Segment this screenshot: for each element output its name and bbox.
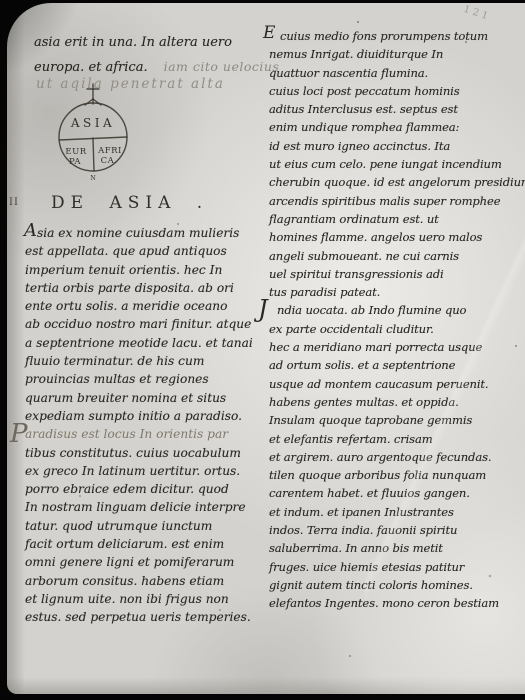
manuscript-line: arborum consitus. habens etiam [25,572,262,590]
manuscript-line: cherubin quoque. id est angelorum presid… [269,173,525,191]
initial-letter-i-longa: J [258,295,268,323]
manuscript-line: hec a meridiano mari porrecta usque [269,338,525,356]
manuscript-line: ab occiduo nostro mari finitur. atque [25,315,262,333]
manuscript-line: flagrantiam ordinatum est. ut [269,210,525,228]
photo-background: asia erit in una. In altera uero europa.… [0,0,525,700]
t-o-map-diagram: ASIA EUR PA AFRI CA. N [33,79,155,187]
initial-letter-p: P [10,419,28,449]
manuscript-line: ex parte occidentali cluditur. [269,320,525,338]
manuscript-line: estus. sed perpetua ueris temperies. [25,608,262,626]
map-label-europa: PA [69,157,81,167]
folio-number: 121 [462,4,492,23]
manuscript-line: prouincias multas et regiones [25,370,262,388]
manuscript-line: homines flamme. angelos uero malos [269,228,525,246]
left-text-column: sia ex nomine cuiusdam mulierisest appel… [25,224,262,627]
parchment-specks [17,13,19,15]
map-vertical-divider [93,138,94,171]
manuscript-line: et argirem. auro argentoque fecundas. [269,448,525,466]
manuscript-line: facit ortum deliciarum. est enim [25,535,262,553]
manuscript-line: imperium tenuit orientis. hec In [25,261,262,279]
manuscript-line: quarum breuiter nomina et situs [25,389,262,407]
manuscript-line: cuius loci post peccatum hominis [269,82,525,100]
top-note-line: asia erit in una. In altera uero [34,31,279,55]
manuscript-line: et elefantis refertam. crisam [269,430,525,448]
manuscript-line: arcendis spiritibus malis super romphee [269,192,525,210]
manuscript-line: et indum. et ipanen Inlustrantes [269,503,525,521]
manuscript-line: tus paradisi pateat. [269,283,525,301]
manuscript-line: gignit autem tincti coloris homines. [269,576,525,594]
map-label-asia: ASIA [70,116,115,130]
manuscript-line: ut eius cum celo. pene iungat incendium [269,155,525,173]
right-text-column: cuius medio fons prorumpens totumnemus I… [269,27,525,613]
map-bottom-mark: N [90,175,95,182]
manuscript-line: ad ortum solis. et a septentrione [269,356,525,374]
manuscript-line: fruges. uice hiemis etesias patitur [269,558,525,576]
manuscript-line: aradisus est locus In orientis par [25,425,262,443]
manuscript-line: ente ortu solis. a meridie oceano [25,297,262,315]
manuscript-line: tertia orbis parte disposita. ab ori [25,279,262,297]
map-label-africa: CA. [101,156,118,166]
manuscript-line: ndia uocata. ab Indo flumine quo [269,301,525,319]
manuscript-line: tatur. quod utrumque iunctum [25,517,262,535]
chapter-numeral: II [9,197,19,208]
manuscript-line: saluberrima. In anno bis metit [269,539,525,557]
initial-letter-e: E [263,23,275,43]
top-note-line-text: europa. et africa. [34,60,148,75]
map-label-africa: AFRI [97,146,122,156]
manuscript-line: habens gentes multas. et oppida. [269,393,525,411]
manuscript-line: porro ebraice edem dicitur. quod [25,480,262,498]
manuscript-line: In nostram linguam delicie interpre [25,498,262,516]
manuscript-line: uel spiritui transgressionis adi [269,265,525,283]
manuscript-line: indos. Terra india. fauonii spiritu [269,521,525,539]
top-note-block: asia erit in una. In altera uero europa.… [34,31,279,80]
manuscript-line: aditus Interclusus est. septus est [269,100,525,118]
manuscript-line: usque ad montem caucasum peruenit. [269,375,525,393]
manuscript-line: a septentrione meotide lacu. et tanai [25,334,262,352]
manuscript-line: expediam sumpto initio a paradiso. [25,407,262,425]
manuscript-line: fluuio terminatur. de his cum [25,352,262,370]
manuscript-line: id est muro igneo accinctus. Ita [269,137,525,155]
manuscript-line: nemus Inrigat. diuiditurque In [269,45,525,63]
initial-letter-a: A [24,220,37,241]
manuscript-line: quattuor nascentia flumina. [269,64,525,82]
manuscript-line: sia ex nomine cuiusdam mulieris [25,224,262,242]
manuscript-line: cuius medio fons prorumpens totum [269,27,525,45]
manuscript-line: omni genere ligni et pomiferarum [25,553,262,571]
manuscript-line: elefantos Ingentes. mono ceron bestiam [269,594,525,612]
manuscript-line: Insulam quoque taprobane gemmis [269,411,525,429]
manuscript-line: enim undique romphea flammea: [269,118,525,136]
manuscript-line: carentem habet. et fluuios gangen. [269,484,525,502]
chapter-heading: DE ASIA . [51,193,208,213]
manuscript-line: tilen quoque arboribus folia nunquam [269,466,525,484]
map-label-europa: EUR [65,147,86,157]
manuscript-line: et lignum uite. non ibi frigus non [25,590,262,608]
manuscript-page: asia erit in una. In altera uero europa.… [7,3,525,694]
manuscript-line: angeli submoueant. ne cui carnis [269,247,525,265]
manuscript-line: tibus constitutus. cuius uocabulum [25,444,262,462]
manuscript-line: ex greco In latinum uertitur. ortus. [25,462,262,480]
manuscript-line: est appellata. que apud antiquos [25,242,262,260]
